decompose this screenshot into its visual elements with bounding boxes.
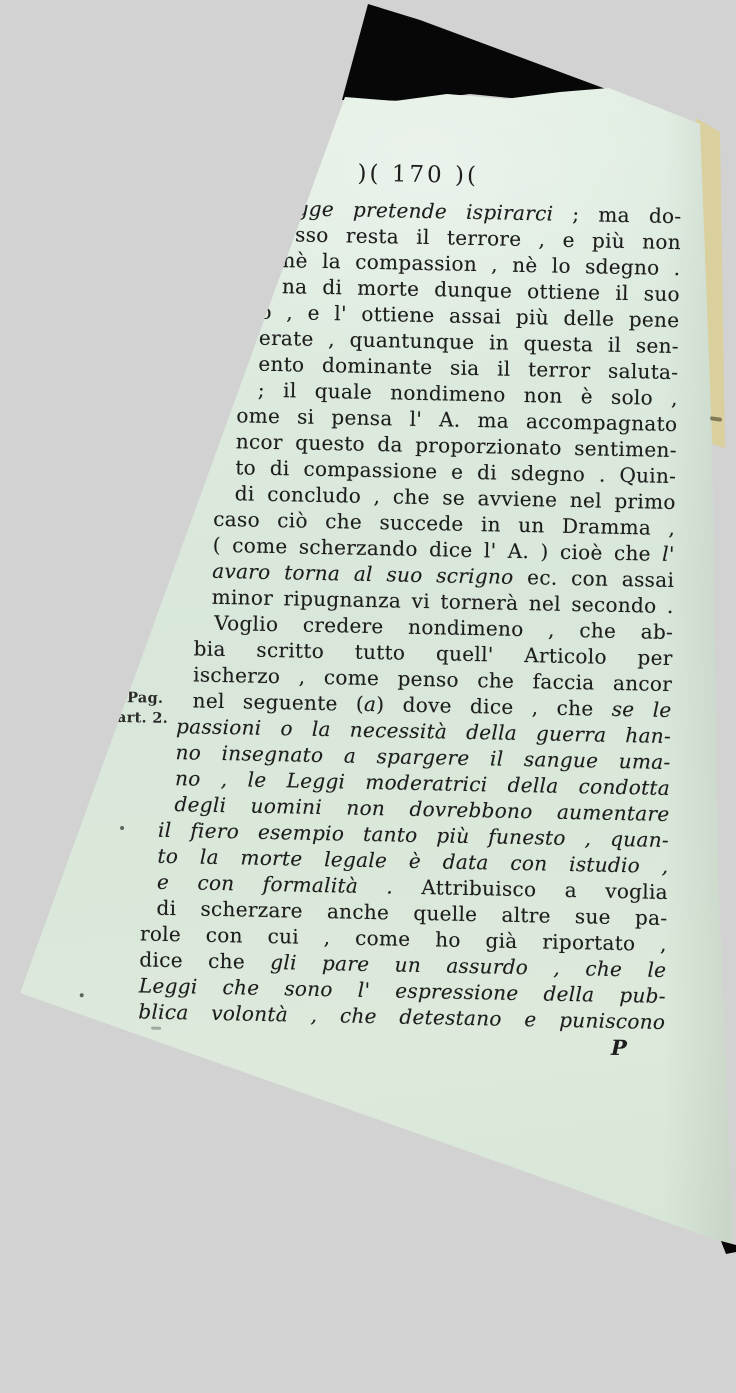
text-segment: ; ma do-	[553, 202, 682, 229]
margin-note: (a) Pag. ivi art. 2.	[97, 687, 169, 728]
italic-text-segment: a	[364, 692, 377, 716]
italic-text-segment: se le	[612, 697, 672, 722]
ink-speck	[151, 1027, 161, 1030]
ink-speck	[120, 826, 124, 830]
scanned-book-page: )( 170 )( egge pretende ispirarci ; ma d…	[0, 0, 736, 1393]
margin-note-line2: ivi art. 2.	[91, 707, 168, 729]
printed-text-plane: )( 170 )( egge pretende ispirarci ; ma d…	[0, 0, 736, 1393]
italic-text-segment: l'	[662, 542, 675, 566]
text-segment: dice che	[139, 947, 270, 974]
paper-sheet: )( 170 )( egge pretende ispirarci ; ma d…	[0, 0, 736, 1393]
text-lines: egge pretende ispirarci ; ma do-esso res…	[137, 193, 682, 1035]
text-segment: ec. con assai	[527, 565, 674, 592]
catchword: P	[547, 1034, 627, 1061]
ink-speck	[80, 993, 84, 997]
page-number-header: )( 170 )(	[282, 158, 682, 194]
text-segment: ) dove dice , che	[376, 692, 612, 721]
text-segment: nel seguente (	[192, 688, 364, 715]
margin-note-line1: (a) Pag.	[97, 687, 168, 708]
text-segment: Attribuisco a voglia	[421, 875, 668, 904]
